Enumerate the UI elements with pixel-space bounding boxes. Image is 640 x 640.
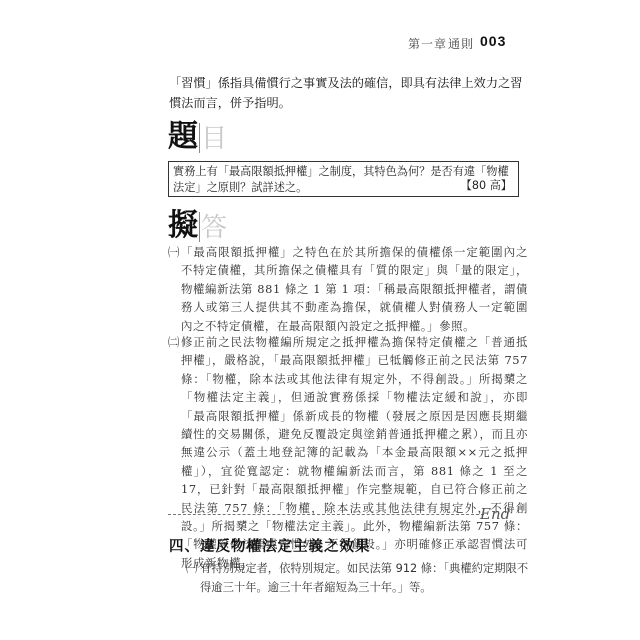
page-header: 第一章 通則 003 [0, 33, 640, 53]
end-divider [168, 514, 484, 517]
page-number: 003 [480, 33, 506, 49]
answer-heading-light-char: 答 [201, 214, 227, 242]
section-item-text: 有特別規定者，依特別規定。如民法第 912 條：「典權約定期限不得逾三十年。逾三… [186, 559, 531, 597]
item-marker: ㈡ [168, 333, 180, 351]
item-marker: ㈠ [168, 243, 180, 261]
item-marker: ㈠ [186, 559, 197, 578]
end-label: End [480, 505, 510, 523]
question-box: 實務上有「最高限額抵押權」之制度，其特色為何？是否有違「物權法定」之原則？試詳述… [168, 161, 519, 197]
section-label: 通則 [448, 35, 474, 52]
question-heading-icon: 題 目 [168, 117, 227, 153]
section-item-1: ㈠ 有特別規定者，依特別規定。如民法第 912 條：「典權約定期限不得逾三十年。… [186, 559, 531, 597]
answer-item-text: 「最高限額抵押權」之特色在於其所擔保的債權係一定範圍內之不特定債權，其所擔保之債… [168, 243, 528, 335]
question-heading-dark-char: 題 [168, 121, 198, 153]
chapter-label: 第一章 [408, 35, 447, 52]
question-source: 【80 高】 [461, 178, 512, 194]
question-heading-light-char: 目 [201, 125, 227, 153]
answer-item-1: ㈠ 「最高限額抵押權」之特色在於其所擔保的債權係一定範圍內之不特定債權，其所擔保… [168, 243, 528, 335]
question-text: 實務上有「最高限額抵押權」之制度，其特色為何？是否有違「物權法定」之原則？試詳述… [173, 165, 509, 194]
heading-divider [199, 123, 200, 153]
answer-heading-icon: 擬 答 [168, 206, 227, 242]
heading-divider [199, 212, 200, 242]
answer-heading-dark-char: 擬 [168, 210, 198, 242]
section-heading: 四、違反物權法定主義之效果 [169, 535, 371, 556]
intro-paragraph: 「習慣」係指具備慣行之事實及法的確信，即具有法律上效力之習慣法而言，併予指明。 [169, 73, 529, 113]
